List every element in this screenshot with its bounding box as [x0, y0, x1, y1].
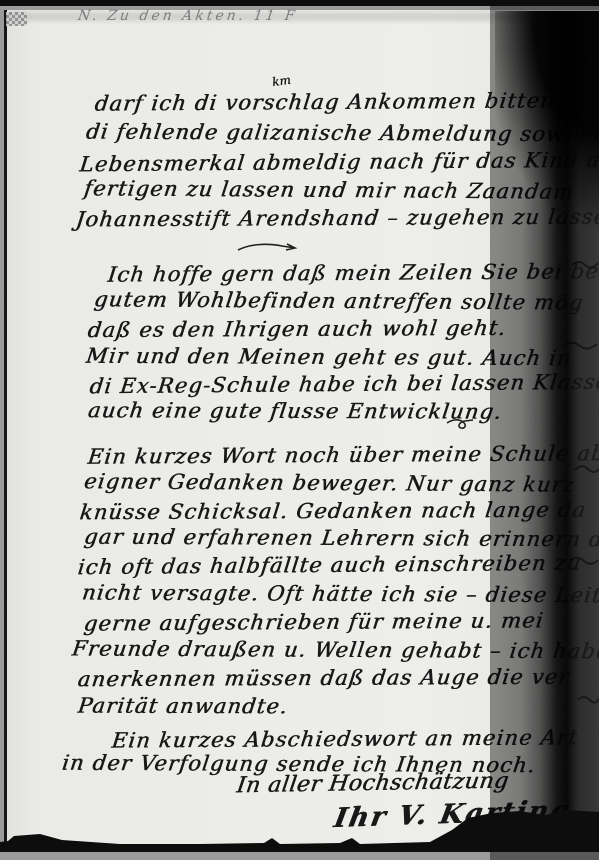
handwriting-line: knüsse Schicksal. Gedanken nach lange da [78, 498, 587, 525]
closing-line: In aller Hochschätzung [235, 769, 510, 799]
handwriting-line: gar und erfahrenen Lehrern sich erinnern… [83, 525, 599, 552]
handwriting-line: eigner Gedanken beweger. Nur ganz kurz [83, 469, 577, 496]
archival-note: N. Zu den Akten. 11 F [77, 8, 299, 24]
handwriting-line: Johannesstift Arendshand – zugehen zu la… [74, 205, 599, 232]
halftone-patch [6, 12, 27, 26]
handwriting-line: ich oft das halbfällte auch einschreiben… [76, 551, 583, 579]
scan-top-border [0, 0, 599, 6]
interlinear-insertion: km [271, 73, 291, 89]
handwriting-line: anerkennen müssen daß das Auge die ver [76, 665, 571, 692]
handwriting-line: Freunde draußen u. Wellen gehabt – ich h… [71, 636, 599, 663]
handwriting-line: gutem Wohlbefinden antreffen sollte mög [93, 287, 585, 314]
handwriting-line: gerne aufgeschrieben für meine u. mei [82, 608, 545, 635]
handwriting-line: Parität anwandte. [77, 694, 290, 719]
handwriting-line: daß es den Ihrigen auch wohl geht. [86, 316, 507, 342]
handwriting-line: di Ex-Reg-Schule habe ich bei lassen Kla… [88, 370, 599, 399]
handwriting-line: di fehlende galizanische Abmeldung sowie… [85, 120, 599, 147]
handwriting-line: Mir und den Meinen geht es gut. Auch in [85, 344, 574, 371]
handwriting-line: auch eine gute flusse Entwicklung. [87, 398, 504, 423]
handwriting-line: darf ich di vorschlag Ankommen bitten u [93, 88, 579, 115]
scanned-letter-page: N. Zu den Akten. 11 F km darf ich di vor… [0, 0, 599, 860]
handwriting-line: Lebensmerkal abmeldig nach für das Kind … [78, 148, 599, 177]
handwriting-line: nicht versagte. Oft hätte ich sie – dies… [81, 581, 599, 608]
handwriting-line: Ich hoffe gern daß mein Zeilen Sie bei b… [106, 259, 599, 286]
handwriting-line: Ein kurzes Wort noch über meine Schule a… [86, 441, 599, 469]
handwriting-line: fertigen zu lassen und mir nach Zaandam [83, 176, 576, 203]
handwriting-line: Ein kurzes Abschiedswort an meine Art [110, 725, 579, 752]
